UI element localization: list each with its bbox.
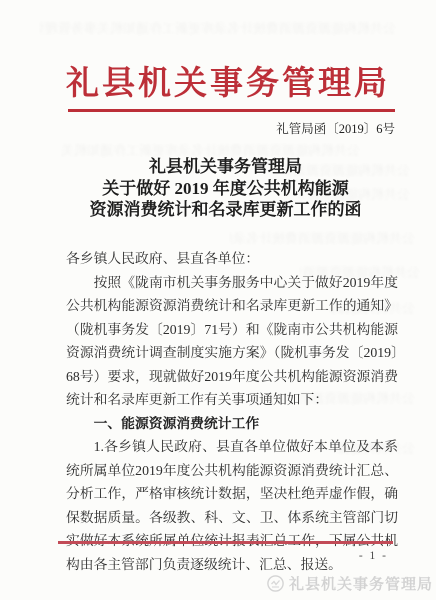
document-title-line-2: 关于做好 2019 年度公共机构能源 <box>40 178 411 200</box>
salutation: 各乡镇人民政府、县直各单位： <box>66 247 398 271</box>
intro-paragraph: 按照《陇南市机关事务服务中心关于做好2019年度公共机构能源资源消费统计和名录库… <box>66 271 398 412</box>
bleed-through-text: 公共机构能源资源消费统计名录库更新工作通知机关事务管理要求做好报送汇总分析审核数… <box>40 18 396 34</box>
document-title-line-1: 礼县机关事务管理局 <box>40 156 411 178</box>
watermark-label: 礼县机关事务管理局 <box>289 573 433 594</box>
agency-logo-icon <box>267 575 284 592</box>
letterhead-agency-title: 礼县机关事务管理局 <box>50 57 406 104</box>
bleed-through-text: 公共机构能源资源消费统计名录库更新工作通知机关事务管理要求做好报送汇总分析审核数… <box>60 140 360 156</box>
footer-red-rule <box>58 541 393 544</box>
document-number: 礼管局函〔2019〕6号 <box>66 119 395 137</box>
document-body: 各乡镇人民政府、县直各单位： 按照《陇南市机关事务服务中心关于做好2019年度公… <box>66 247 398 576</box>
bleed-through-text: 公共机构能源资源消费统计名录库更新工作通知机关事务管理要求做好报送汇总分析审核数… <box>230 228 415 244</box>
letterhead-red-rule <box>68 109 395 112</box>
document-title: 礼县机关事务管理局 关于做好 2019 年度公共机构能源 资源消费统计和名录库更… <box>40 156 411 221</box>
section-1-heading: 一、能源资源消费统计工作 <box>66 412 398 436</box>
section-1-item-1: 1.各乡镇人民政府、县直各单位做好本单位及本系统所属单位2019年度公共机构能源… <box>66 435 398 576</box>
document-title-line-3: 资源消费统计和名录库更新工作的函 <box>40 199 411 221</box>
document-page: 公共机构能源资源消费统计名录库更新工作通知机关事务管理要求做好报送汇总分析审核数… <box>0 0 436 600</box>
watermark: 礼县机关事务管理局 <box>267 573 433 594</box>
page-number: - 1 - <box>359 550 388 562</box>
